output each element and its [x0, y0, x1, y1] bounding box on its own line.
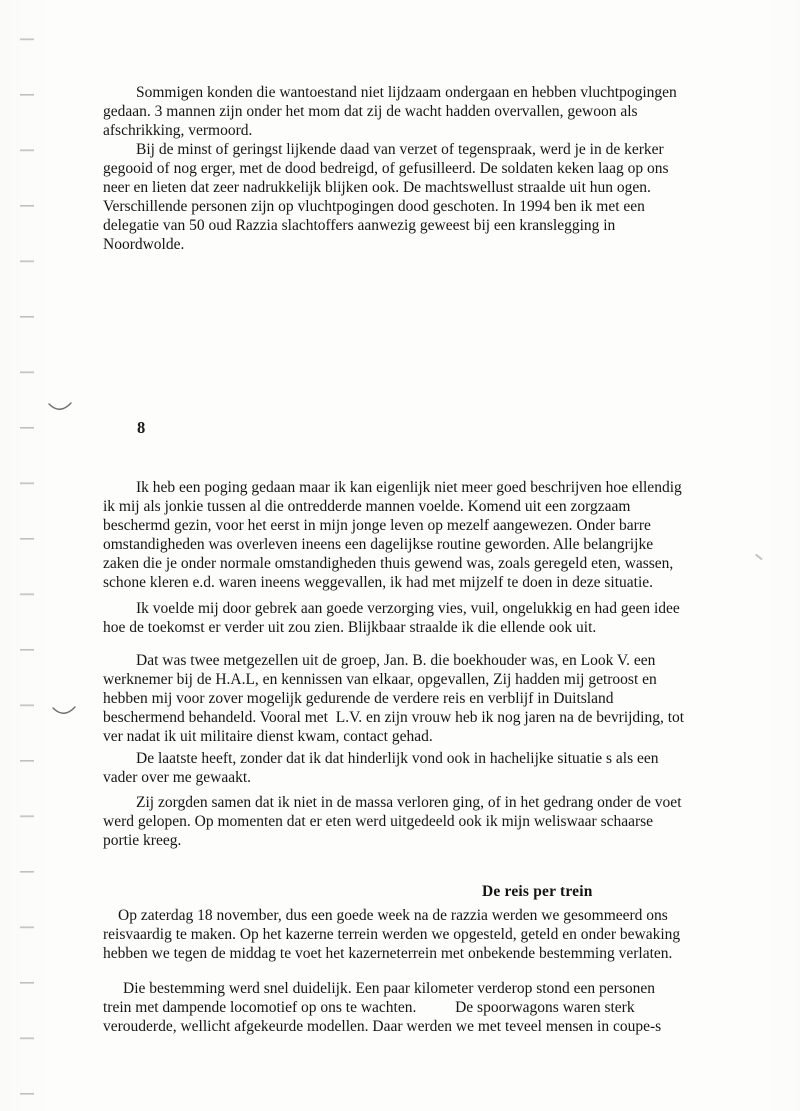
pen-stroke-mark: [51, 705, 77, 719]
page-number: 8: [137, 418, 145, 438]
paragraph: Op zaterdag 18 november, dus een goede w…: [103, 906, 783, 963]
paragraph: Bij de minst of geringst lijkende daad v…: [103, 140, 783, 254]
paragraph: Zij zorgden samen dat ik niet in de mass…: [103, 793, 783, 850]
paragraph: Die bestemming werd snel duidelijk. Een …: [103, 979, 783, 1036]
pen-stroke-mark: [47, 401, 73, 415]
paragraph: Sommigen konden die wantoestand niet lij…: [103, 83, 783, 140]
paragraph: De laatste heeft, zonder dat ik dat hind…: [103, 749, 783, 787]
paragraph: Ik voelde mij door gebrek aan goede verz…: [103, 599, 783, 637]
paragraph: Ik heb een poging gedaan maar ik kan eig…: [103, 478, 783, 592]
binding-shadow-dashes: [20, 0, 34, 1096]
paragraph: Dat was twee metgezellen uit de groep, J…: [103, 651, 783, 746]
section-heading: De reis per trein: [482, 883, 593, 901]
scanned-document-page: Sommigen konden die wantoestand niet lij…: [0, 0, 800, 1111]
